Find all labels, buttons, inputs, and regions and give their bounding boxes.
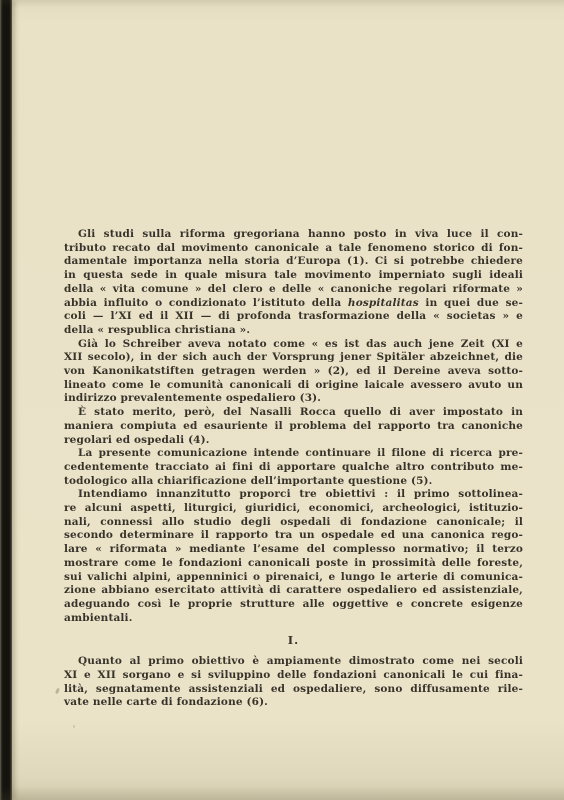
text-line: mostrare come le fondazioni canonicali p… <box>64 557 523 571</box>
text-line: lare « riformata » mediante l’esame del … <box>64 543 523 557</box>
text-line: lità, segnatamente assistenziali ed ospe… <box>64 683 523 697</box>
scan-speck <box>55 688 60 695</box>
text-line: Gli studi sulla riforma gregoriana hanno… <box>64 228 523 242</box>
text-line: Quanto al primo obiettivo è ampiamente d… <box>64 655 523 669</box>
text-line: XI e XII sorgano e si sviluppino delle f… <box>64 669 523 683</box>
book-page: Gli studi sulla riforma gregoriana hanno… <box>0 0 564 800</box>
text-block: Gli studi sulla riforma gregoriana hanno… <box>64 228 523 710</box>
paragraph: Gli studi sulla riforma gregoriana hanno… <box>64 228 523 338</box>
paragraph: Quanto al primo obiettivo è ampiamente d… <box>64 655 523 710</box>
text-line: abbia influito o condizionato l’istituto… <box>64 297 523 311</box>
text-line: vate nelle carte di fondazione (6). <box>64 696 523 710</box>
text-line: von Kanonikatstiften getragen werden » (… <box>64 365 523 379</box>
paragraph: È stato merito, però, del Nasalli Rocca … <box>64 406 523 447</box>
book-spine-scan-edge <box>0 0 12 800</box>
text-line: sui valichi alpini, appenninici o pirena… <box>64 571 523 585</box>
paragraph: Intendiamo innanzitutto proporci tre obi… <box>64 488 523 625</box>
text-line: cedentemente tracciato ai fini di apport… <box>64 461 523 475</box>
text-line: Già lo Schreiber aveva notato come « es … <box>64 338 523 352</box>
text-line: in questa sede in quale misura tale movi… <box>64 269 523 283</box>
page-bottom-shadow <box>0 786 564 800</box>
page-top-shadow <box>0 0 564 8</box>
text-line: indirizzo prevalentemente ospedaliero (3… <box>64 392 523 406</box>
text-line: damentale importanza nella storia d’Euro… <box>64 255 523 269</box>
section-heading: I. <box>64 634 523 648</box>
text-line: adeguando così le proprie strutture alle… <box>64 598 523 612</box>
paragraph: La presente comunicazione intende contin… <box>64 447 523 488</box>
paragraph: Già lo Schreiber aveva notato come « es … <box>64 338 523 407</box>
text-line: nali, connessi allo studio degli ospedal… <box>64 516 523 530</box>
text-line: della « respublica christiana ». <box>64 324 523 338</box>
text-line: regolari ed ospedali (4). <box>64 434 523 448</box>
text-line: re alcuni aspetti, liturgici, giuridici,… <box>64 502 523 516</box>
text-line: coli — l’XI ed il XII — di profonda tras… <box>64 310 523 324</box>
italic-term: hospitalitas <box>348 297 419 309</box>
text-line: della « vita comune » del clero e delle … <box>64 283 523 297</box>
text-line: XII secolo), in der sich auch der Vorspr… <box>64 351 523 365</box>
text-line: tributo recato dal movimento canonicale … <box>64 242 523 256</box>
text-line: lineato come le comunità canonicali di o… <box>64 379 523 393</box>
scan-speck <box>73 725 75 728</box>
text-line: secondo determinare il rapporto tra un o… <box>64 529 523 543</box>
text-line: ambientali. <box>64 612 523 626</box>
text-line: zione abbiano esercitato attività di car… <box>64 584 523 598</box>
text-line: maniera compiuta ed esauriente il proble… <box>64 420 523 434</box>
text-line: La presente comunicazione intende contin… <box>64 447 523 461</box>
text-line: todologico alla chiarificazione dell’imp… <box>64 475 523 489</box>
text-line: Intendiamo innanzitutto proporci tre obi… <box>64 488 523 502</box>
scanned-book-page-root: { "page": { "paper_color": "#ebe3c8", "i… <box>0 0 564 800</box>
text-line: È stato merito, però, del Nasalli Rocca … <box>64 406 523 420</box>
